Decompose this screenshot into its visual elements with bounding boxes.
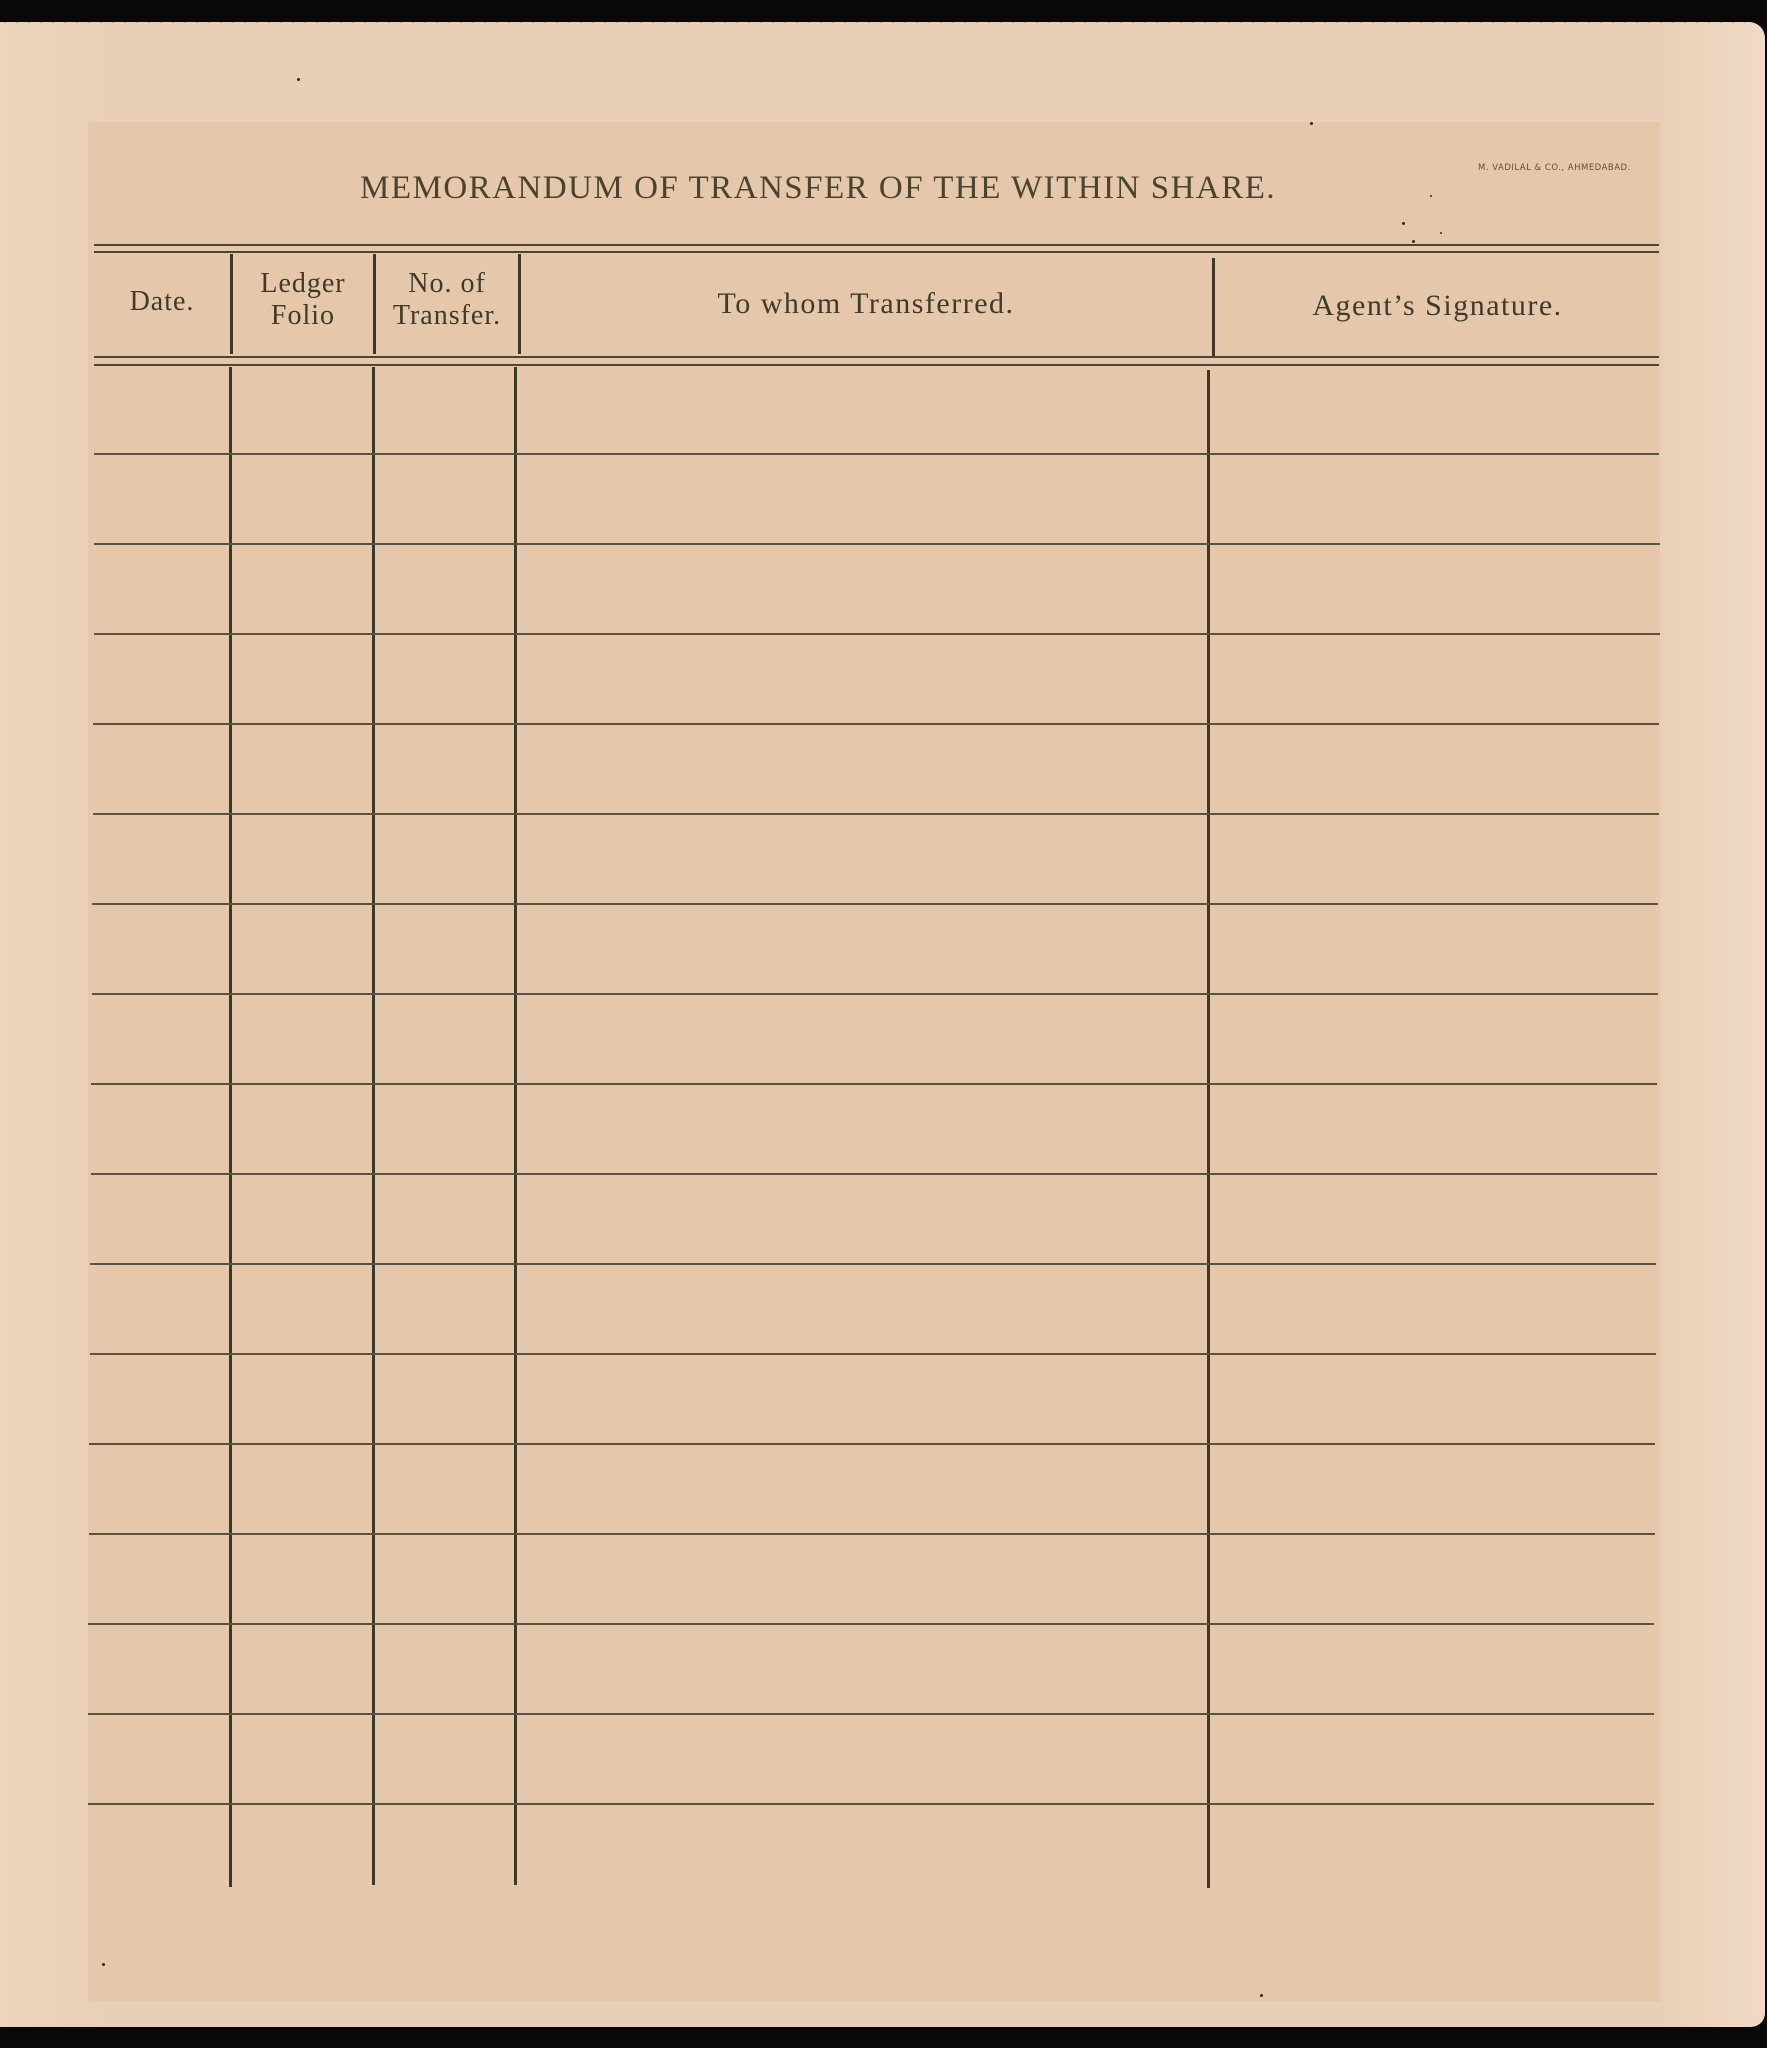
row-divider [94, 453, 1659, 455]
row-divider [88, 1623, 1654, 1625]
ink-speck [1260, 1994, 1263, 1997]
document-title: MEMORANDUM OF TRANSFER OF THE WITHIN SHA… [360, 170, 1276, 207]
column-header-agents-signature: Agent’s Signature. [1215, 290, 1660, 322]
header-bottom-rule [94, 356, 1659, 358]
header-divider-1 [230, 254, 233, 354]
ink-speck [1412, 240, 1415, 243]
row-divider [90, 1263, 1656, 1265]
row-divider [94, 633, 1660, 635]
column-header-ledger-line1: Ledger [233, 268, 373, 300]
row-divider [94, 543, 1660, 545]
entry-cell-no-of-transfer[interactable] [376, 368, 513, 452]
column-header-transfer-line1: No. of [376, 268, 518, 300]
entry-cell-to-whom-transferred[interactable] [518, 368, 1206, 452]
column-header-ledger-folio: Ledger Folio [233, 268, 373, 332]
header-divider-3 [518, 254, 521, 354]
row-divider [88, 1803, 1654, 1805]
row-divider [91, 1083, 1657, 1085]
perforated-edge [0, 18, 1745, 26]
row-divider [93, 813, 1659, 815]
header-top-rule [94, 244, 1659, 246]
column-header-to-whom-label: To whom Transferred. [521, 288, 1211, 320]
ink-speck [1440, 232, 1442, 234]
column-header-no-of-transfer: No. of Transfer. [376, 268, 518, 332]
column-header-date-label: Date. [94, 286, 230, 318]
row-divider [92, 993, 1658, 995]
ink-speck [102, 1963, 105, 1966]
body-divider-1 [229, 367, 232, 1887]
printer-imprint: M. VADILAL & CO., AHMEDABAD. [1478, 163, 1631, 173]
entry-cell-ledger-folio[interactable] [233, 368, 371, 452]
ink-speck [1310, 122, 1313, 125]
header-divider-4 [1212, 258, 1215, 356]
column-header-transfer-line2: Transfer. [376, 300, 518, 332]
row-divider [89, 1533, 1655, 1535]
row-divider [91, 1173, 1657, 1175]
column-header-ledger-line2: Folio [233, 300, 373, 332]
ink-speck [297, 78, 300, 81]
column-header-agent-label: Agent’s Signature. [1215, 290, 1660, 322]
header-divider-2 [373, 254, 376, 354]
entry-cell-agents-signature[interactable] [1211, 368, 1659, 452]
body-divider-3 [514, 367, 517, 1885]
row-divider [93, 723, 1659, 725]
ink-speck [1402, 222, 1405, 225]
row-divider [90, 1353, 1656, 1355]
ink-speck [1430, 195, 1432, 197]
column-header-to-whom-transferred: To whom Transferred. [521, 288, 1211, 320]
entry-cell-date[interactable] [94, 368, 228, 452]
body-divider-2 [372, 367, 375, 1885]
row-divider [89, 1443, 1655, 1445]
column-header-date: Date. [94, 286, 230, 318]
header-bottom-rule-2 [94, 364, 1659, 366]
header-top-rule-2 [94, 251, 1659, 253]
row-divider [88, 1713, 1654, 1715]
body-divider-4 [1207, 370, 1210, 1888]
row-divider [92, 903, 1658, 905]
